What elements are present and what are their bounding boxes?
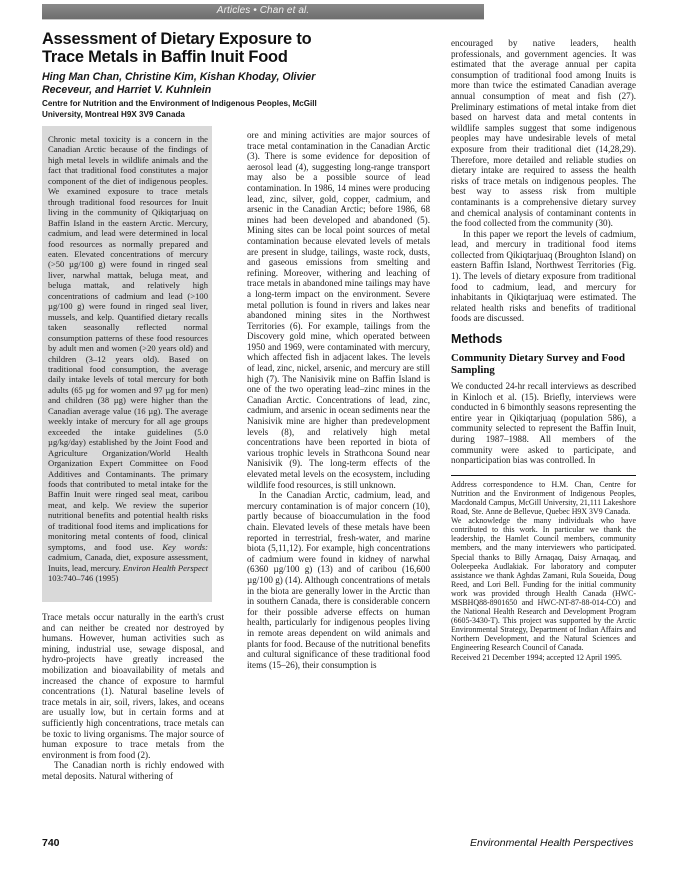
page-number: 740 <box>42 837 60 849</box>
subsection-heading: Community Dietary Survey and Food Sampli… <box>451 352 636 376</box>
abstract-body: Chronic metal toxicity is a concern in t… <box>48 134 208 552</box>
affiliation: Centre for Nutrition and the Environment… <box>42 99 342 120</box>
article-title: Assessment of Dietary Exposure to Trace … <box>42 30 342 66</box>
journal-citation: 103:740–746 (1995) <box>48 573 118 583</box>
journal-citation-name: Environ Health Perspect <box>123 563 208 573</box>
body-column-1: Trace metals occur naturally in the eart… <box>42 612 224 782</box>
footnote-received: Received 21 December 1994; accepted 12 A… <box>451 653 636 662</box>
abstract-box: Chronic metal toxicity is a concern in t… <box>42 126 212 602</box>
section-heading-methods: Methods <box>451 332 636 346</box>
body-column-2: ore and mining activities are major sour… <box>247 130 430 670</box>
running-head-bar: Articles • Chan et al. <box>42 4 484 20</box>
paragraph: The Canadian north is richly endowed wit… <box>42 760 224 781</box>
footnote: Address correspondence to H.M. Chan, Cen… <box>451 480 636 662</box>
paragraph: We conducted 24-hr recall interviews as … <box>451 381 636 466</box>
author-list: Hing Man Chan, Christine Kim, Kishan Kho… <box>42 71 342 97</box>
keywords-label: Key words: <box>162 542 208 552</box>
footnote-acknowledgment: We acknowledge the many individuals who … <box>451 516 636 652</box>
paragraph: encouraged by native leaders, health pro… <box>451 38 636 229</box>
body-column-3: encouraged by native leaders, health pro… <box>451 38 636 662</box>
abstract-text: Chronic metal toxicity is a concern in t… <box>48 134 208 583</box>
paragraph: ore and mining activities are major sour… <box>247 130 430 490</box>
journal-name: Environmental Health Perspectives <box>470 837 633 849</box>
paragraph: In the Canadian Arctic, cadmium, lead, a… <box>247 490 430 670</box>
paragraph: In this paper we report the levels of ca… <box>451 229 636 324</box>
footnote-divider <box>451 475 636 476</box>
running-head: Articles • Chan et al. <box>42 5 484 16</box>
paragraph: Trace metals occur naturally in the eart… <box>42 612 224 760</box>
footnote-address: Address correspondence to H.M. Chan, Cen… <box>451 480 636 516</box>
